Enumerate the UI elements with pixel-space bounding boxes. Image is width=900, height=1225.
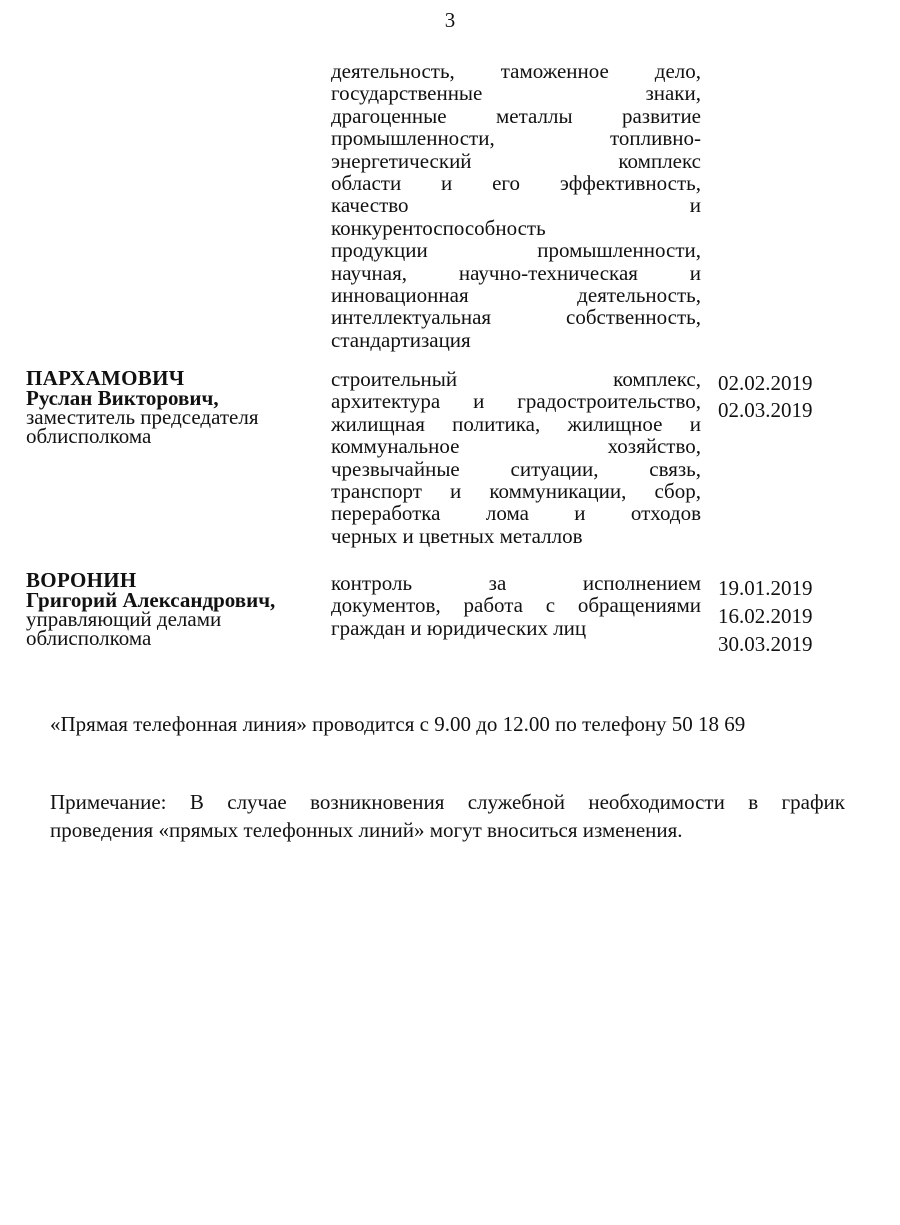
schedule-date: 30.03.2019 [718, 630, 813, 658]
description-line: государственные знаки, [331, 82, 701, 104]
description-line: интеллектуальная собственность, [331, 306, 701, 328]
official-surname: ПАРХАМОВИЧ [26, 368, 326, 388]
description-line: документов, работа с обращениями [331, 594, 701, 616]
description-line: граждан и юридических лиц [331, 617, 701, 639]
description-line: инновационная деятельность, [331, 284, 701, 306]
description-line: жилищная политика, жилищное и [331, 413, 701, 435]
description-line: продукции промышленности, [331, 239, 701, 261]
dates-voronin: 19.01.2019 16.02.2019 30.03.2019 [718, 574, 813, 658]
description-line: стандартизация [331, 329, 701, 351]
official-voronin: ВОРОНИН Григорий Александрович, управляю… [26, 570, 326, 648]
responsibilities-parkhamovich: строительный комплекс, архитектура и гра… [331, 368, 701, 547]
description-line: деятельность, таможенное дело, [331, 60, 701, 82]
official-surname: ВОРОНИН [26, 570, 326, 590]
official-parkhamovich: ПАРХАМОВИЧ Руслан Викторович, заместител… [26, 368, 326, 446]
description-line: переработка лома и отходов [331, 502, 701, 524]
description-line: области и его эффективность, [331, 172, 701, 194]
continuation-description: деятельность, таможенное дело, государст… [331, 60, 701, 351]
description-line: транспорт и коммуникации, сбор, [331, 480, 701, 502]
remark-note: Примечание: В случае возникновения служе… [50, 788, 845, 844]
description-line: драгоценные металлы развитие [331, 105, 701, 127]
description-line: энергетический комплекс [331, 150, 701, 172]
description-line: конкурентоспособность [331, 217, 701, 239]
description-line: контроль за исполнением [331, 572, 701, 594]
schedule-date: 02.02.2019 [718, 370, 813, 397]
description-line: черных и цветных металлов [331, 525, 701, 547]
responsibilities-voronin: контроль за исполнением документов, рабо… [331, 572, 701, 639]
description-line: чрезвычайные ситуации, связь, [331, 458, 701, 480]
remark-line: Примечание: В случае возникновения служе… [50, 788, 845, 816]
schedule-date: 19.01.2019 [718, 574, 813, 602]
page-number: 3 [0, 8, 900, 33]
official-position: облисполкома [26, 629, 326, 648]
description-line: строительный комплекс, [331, 368, 701, 390]
description-line: коммунальное хозяйство, [331, 435, 701, 457]
remark-line: проведения «прямых телефонных линий» мог… [50, 816, 845, 844]
description-line: архитектура и градостроительство, [331, 390, 701, 412]
description-line: качество и [331, 194, 701, 216]
description-line: научная, научно-техническая и [331, 262, 701, 284]
schedule-date: 02.03.2019 [718, 397, 813, 424]
dates-parkhamovich: 02.02.2019 02.03.2019 [718, 370, 813, 424]
hotline-note: «Прямая телефонная линия» проводится с 9… [50, 712, 745, 737]
official-position: облисполкома [26, 427, 326, 446]
description-line: промышленности, топливно- [331, 127, 701, 149]
schedule-date: 16.02.2019 [718, 602, 813, 630]
